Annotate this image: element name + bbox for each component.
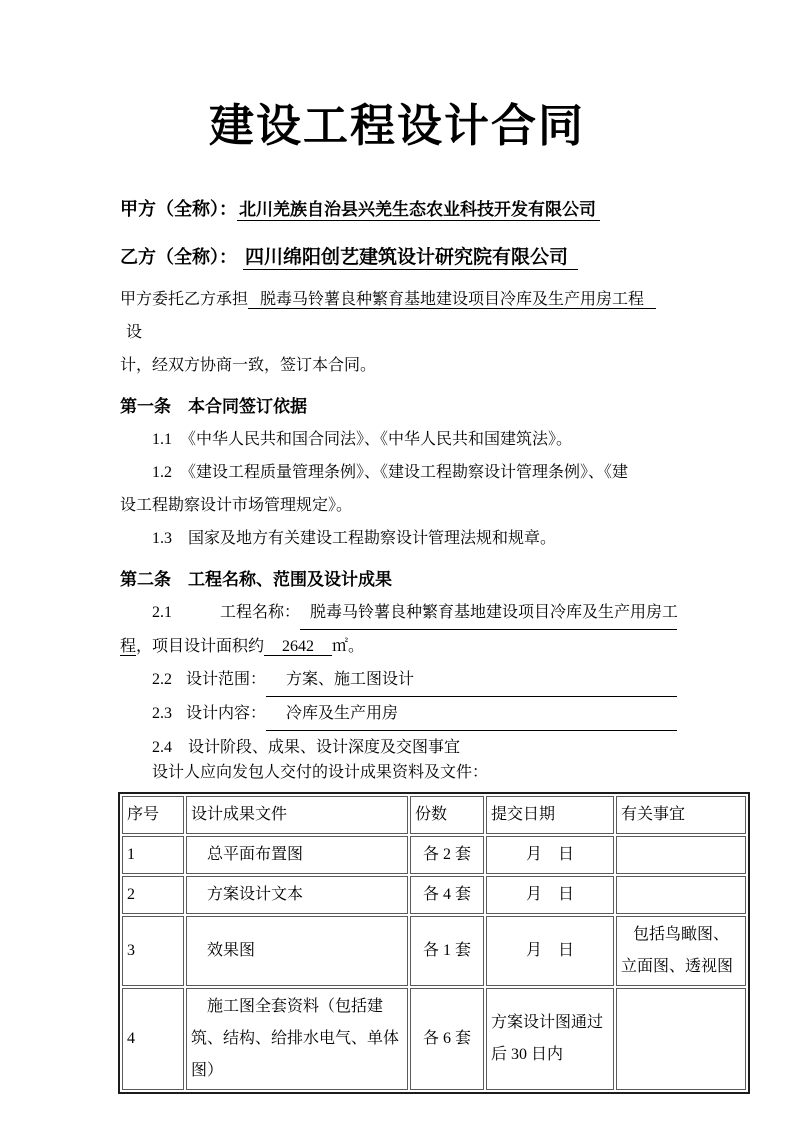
clause-2-1-line-2: 程，项目设计面积约2642㎡。 — [120, 630, 677, 663]
area-unit: ㎡。 — [332, 638, 364, 655]
row-2-seq: 2 — [122, 876, 184, 914]
party-a-name: 北川羌族自治县兴羌生态农业科技开发有限公司 — [237, 200, 600, 221]
party-b-line: 乙方（全称）：四川绵阳创艺建筑设计研究院有限公司 — [120, 242, 684, 273]
row-1-file: 总平面布置图 — [186, 836, 408, 874]
intro-suffix: 设 — [126, 324, 142, 341]
clause-2-3-number: 2.3 — [152, 697, 172, 730]
party-b-label: 乙方（全称）： — [120, 247, 237, 267]
deliverables-note: 设计人应向发包人交付的设计成果资料及文件： — [120, 758, 677, 788]
contract-document-page: 建设工程设计合同 甲方（全称）：北川羌族自治县兴羌生态农业科技开发有限公司 乙方… — [0, 0, 794, 1123]
party-a-label: 甲方（全称）： — [120, 199, 237, 219]
row-3-date: 月 日 — [486, 916, 614, 986]
clause-2-2-number: 2.2 — [152, 663, 172, 696]
row-3-file: 效果图 — [186, 916, 408, 986]
clause-1-3: 1.3 国家及地方有关建设工程勘察设计管理法规和规章。 — [120, 522, 677, 555]
table-header-copies: 份数 — [410, 796, 484, 834]
project-name-value: 脱毒马铃薯良种繁育基地建设项目冷库及生产用房工 — [300, 596, 677, 630]
clause-2-1-line-1: 2.1工程名称：脱毒马铃薯良种繁育基地建设项目冷库及生产用房工 — [120, 596, 677, 630]
clause-2-1-number: 2.1 — [152, 596, 172, 629]
row-4-seq: 4 — [122, 988, 184, 1090]
row-2-copies: 各 4 套 — [410, 876, 484, 914]
document-title: 建设工程设计合同 — [0, 92, 794, 160]
area-value: 2642 — [264, 638, 332, 656]
row-4-file: 施工图全套资料（包括建筑、结构、给排水电气、单体图） — [186, 988, 408, 1090]
intro-line-2: 计，经双方协商一致，签订本合同。 — [120, 349, 677, 382]
design-scope-value: 方案、施工图设计 — [266, 663, 677, 697]
row-4-copies: 各 6 套 — [410, 988, 484, 1090]
clause-2-3: 2.3设计内容：冷库及生产用房 — [120, 697, 677, 731]
table-header-notes: 有关事宜 — [616, 796, 746, 834]
deliverables-table: 序号 设计成果文件 份数 提交日期 有关事宜 1 总平面布置图 各 2 套 月 … — [118, 792, 750, 1094]
row-1-date: 月 日 — [486, 836, 614, 874]
design-scope-label: 设计范围： — [186, 663, 266, 696]
intro-line-1: 甲方委托乙方承担脱毒马铃薯良种繁育基地建设项目冷库及生产用房工程设 — [120, 283, 677, 349]
row-3-seq: 3 — [122, 916, 184, 986]
row-2-file: 方案设计文本 — [186, 876, 408, 914]
clause-1-2-line-2: 设工程勘察设计市场管理规定》。 — [120, 489, 677, 522]
row-4-date: 方案设计图通过后 30 日内 — [486, 988, 614, 1090]
row-3-copies: 各 1 套 — [410, 916, 484, 986]
party-a-line: 甲方（全称）：北川羌族自治县兴羌生态农业科技开发有限公司 — [120, 194, 684, 225]
intro-paragraph: 甲方委托乙方承担脱毒马铃薯良种繁育基地建设项目冷库及生产用房工程设 计，经双方协… — [120, 283, 677, 382]
row-1-seq: 1 — [122, 836, 184, 874]
row-2-notes — [616, 876, 746, 914]
row-2-date: 月 日 — [486, 876, 614, 914]
clause-2-2: 2.2设计范围：方案、施工图设计 — [120, 663, 677, 697]
table-row: 4 施工图全套资料（包括建筑、结构、给排水电气、单体图） 各 6 套 方案设计图… — [122, 988, 746, 1090]
table-row: 2 方案设计文本 各 4 套 月 日 — [122, 876, 746, 914]
table-header-row: 序号 设计成果文件 份数 提交日期 有关事宜 — [122, 796, 746, 834]
clause-1-2: 1.2 《建设工程质量管理条例》、《建设工程勘察设计管理条例》、《建 设工程勘察… — [120, 456, 677, 522]
table-row: 3 效果图 各 1 套 月 日 包括鸟瞰图、立面图、透视图 — [122, 916, 746, 986]
table-row: 1 总平面布置图 各 2 套 月 日 — [122, 836, 746, 874]
clause-1-2-line-1: 1.2 《建设工程质量管理条例》、《建设工程勘察设计管理条例》、《建 — [120, 456, 677, 489]
row-1-copies: 各 2 套 — [410, 836, 484, 874]
article-1-heading: 第一条 本合同签订依据 — [120, 390, 677, 423]
table-header-seq: 序号 — [122, 796, 184, 834]
intro-prefix: 甲方委托乙方承担 — [120, 291, 248, 308]
row-3-notes: 包括鸟瞰图、立面图、透视图 — [616, 916, 746, 986]
design-content-value: 冷库及生产用房 — [266, 697, 677, 731]
area-mid-text: ，项目设计面积约 — [136, 638, 264, 655]
project-name-underline: 脱毒马铃薯良种繁育基地建设项目冷库及生产用房工程 — [248, 291, 656, 309]
project-name-label: 工程名称： — [220, 596, 300, 629]
clause-1-1: 1.1 《中华人民共和国合同法》、《中华人民共和国建筑法》。 — [120, 423, 677, 456]
design-content-label: 设计内容： — [186, 697, 266, 730]
table-header-file: 设计成果文件 — [186, 796, 408, 834]
row-1-notes — [616, 836, 746, 874]
article-2-heading: 第二条 工程名称、范围及设计成果 — [120, 563, 677, 596]
table-header-date: 提交日期 — [486, 796, 614, 834]
party-b-name: 四川绵阳创艺建筑设计研究院有限公司 — [243, 247, 578, 270]
row-4-notes — [616, 988, 746, 1090]
clause-2-1: 2.1工程名称：脱毒马铃薯良种繁育基地建设项目冷库及生产用房工 程，项目设计面积… — [120, 596, 677, 663]
project-name-wrap-char: 程 — [120, 638, 136, 656]
